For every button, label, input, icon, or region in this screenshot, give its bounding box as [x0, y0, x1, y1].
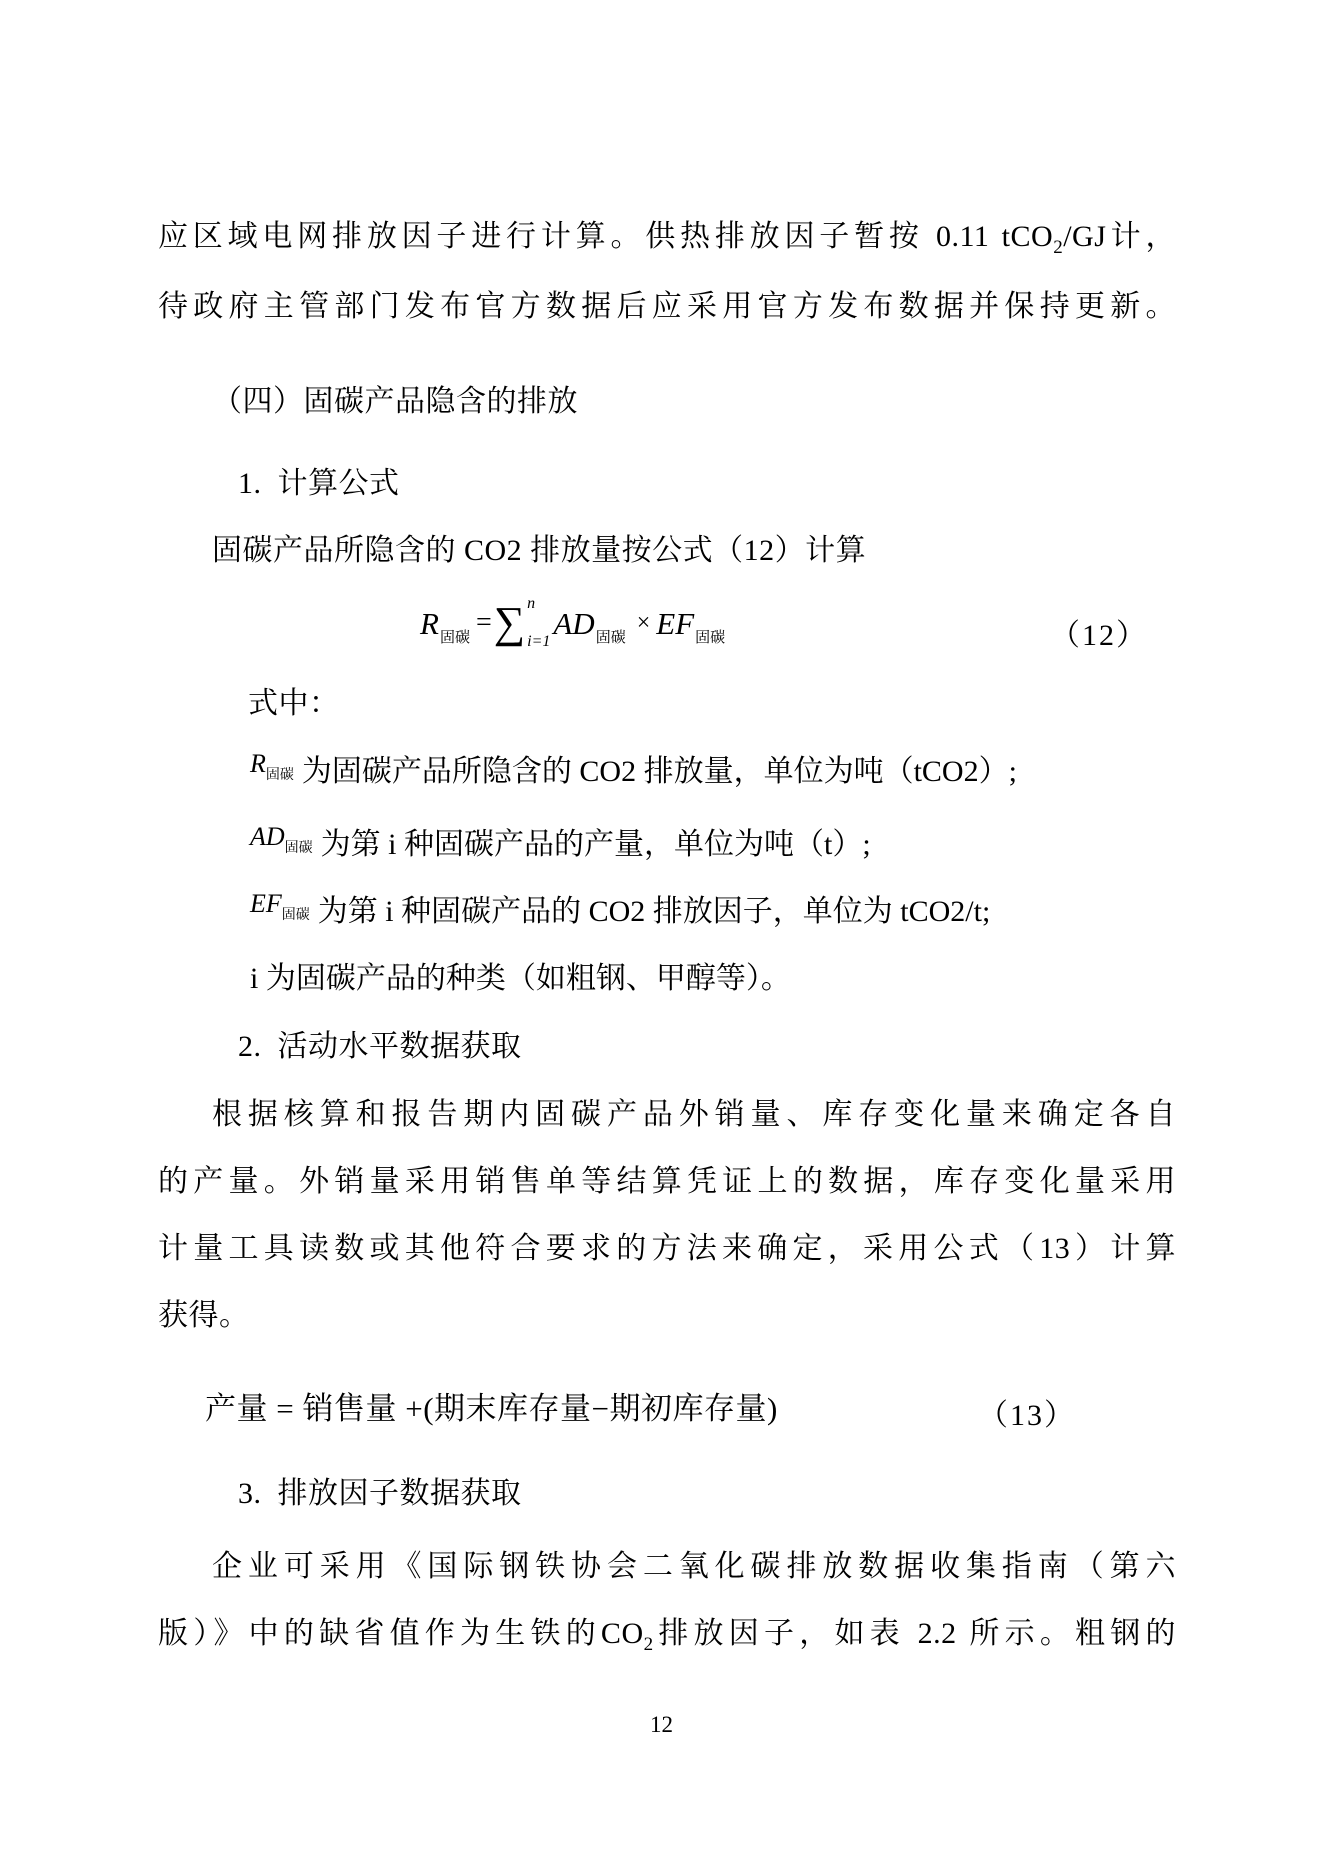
summation-lower-limit: i=1	[527, 634, 550, 650]
text-segment: 版）》中的缺省值作为生铁的CO	[158, 1617, 644, 1650]
formula-variable-EF: EF	[656, 608, 694, 639]
paragraph-line: 应区域电网排放因子进行计算。供热排放因子暂按 0.11 tCO2/GJ计，	[158, 218, 1176, 256]
symbol-definition: EF固碳为第 i 种固碳产品的 CO2 排放因子，单位为 tCO2/t;	[250, 893, 990, 931]
formula-12: R固碳=∑ni=1AD固碳×EF固碳	[420, 596, 730, 650]
formula-variable-R: R	[420, 608, 439, 639]
formula-variable-AD: AD	[553, 608, 594, 639]
text-segment: 应区域电网排放因子进行计算。供热排放因子暂按 0.11 tCO	[158, 220, 1053, 253]
subsection-heading-2: 2. 活动水平数据获取	[238, 1028, 522, 1066]
subscript-2: 2	[1053, 237, 1063, 258]
symbol-subscript: 固碳	[285, 841, 313, 856]
formula-subscript: 固碳	[596, 626, 626, 647]
summation-limits: ni=1	[527, 596, 550, 650]
symbol-definition: R固碳为固碳产品所隐含的 CO2 排放量，单位为吨（tCO2）;	[250, 753, 1017, 791]
symbol-EF: EF	[250, 889, 282, 918]
symbol-subscript: 固碳	[266, 768, 294, 783]
page-number: 12	[0, 1712, 1323, 1738]
sigma-icon: ∑	[494, 603, 525, 643]
section-heading: （四）固碳产品隐含的排放	[212, 383, 578, 421]
document-page: 应区域电网排放因子进行计算。供热排放因子暂按 0.11 tCO2/GJ计， 待政…	[0, 0, 1323, 1871]
text-segment: 排放因子，如表 2.2 所示。粗钢的	[654, 1617, 1176, 1650]
text-segment: /GJ计，	[1063, 220, 1176, 253]
subsection-heading-1: 1. 计算公式	[238, 465, 400, 503]
paragraph-line: 待政府主管部门发布官方数据后应采用官方发布数据并保持更新。	[158, 288, 1176, 326]
symbol-definition: AD固碳为第 i 种固碳产品的产量，单位为吨（t）;	[250, 826, 871, 864]
definition-text: 为固碳产品所隐含的 CO2 排放量，单位为吨（tCO2）;	[302, 755, 1017, 788]
summation-upper-limit: n	[527, 596, 535, 612]
symbol-AD: AD	[250, 822, 285, 851]
paragraph-line: 根据核算和报告期内固碳产品外销量、库存变化量来确定各自	[212, 1096, 1176, 1134]
subscript-2: 2	[644, 1634, 654, 1655]
definition-text: 为第 i 种固碳产品的产量，单位为吨（t）;	[321, 828, 871, 861]
formula-legend-intro: 式中：	[248, 685, 340, 723]
formula-13: 产量 = 销售量 +(期末库存量−期初库存量)	[205, 1390, 778, 1429]
summation: ∑ni=1	[494, 596, 551, 650]
paragraph-line: 的产量。外销量采用销售单等结算凭证上的数据，库存变化量采用	[158, 1163, 1176, 1201]
formula-13-number: （13）	[978, 1390, 1076, 1434]
equals-sign: =	[476, 607, 492, 639]
paragraph-line: 版）》中的缺省值作为生铁的CO2排放因子，如表 2.2 所示。粗钢的	[158, 1615, 1176, 1653]
paragraph-line: 固碳产品所隐含的 CO2 排放量按公式（12）计算	[212, 532, 866, 570]
formula-12-number: （12）	[1050, 610, 1148, 654]
symbol-subscript: 固碳	[282, 908, 310, 923]
definition-text: 为第 i 种固碳产品的 CO2 排放因子，单位为 tCO2/t;	[318, 895, 991, 928]
paragraph-line: 企业可采用《国际钢铁协会二氧化碳排放数据收集指南（第六	[212, 1548, 1176, 1586]
multiplication-sign: ×	[637, 610, 651, 637]
formula-subscript: 固碳	[440, 626, 470, 647]
formula-subscript: 固碳	[695, 626, 725, 647]
symbol-definition: i 为固碳产品的种类（如粗钢、甲醇等）。	[250, 960, 791, 998]
symbol-R: R	[250, 749, 266, 778]
subsection-heading-3: 3. 排放因子数据获取	[238, 1475, 522, 1513]
paragraph-line: 计量工具读数或其他符合要求的方法来确定，采用公式（13）计算	[158, 1230, 1176, 1268]
paragraph-line: 获得。	[158, 1297, 250, 1335]
